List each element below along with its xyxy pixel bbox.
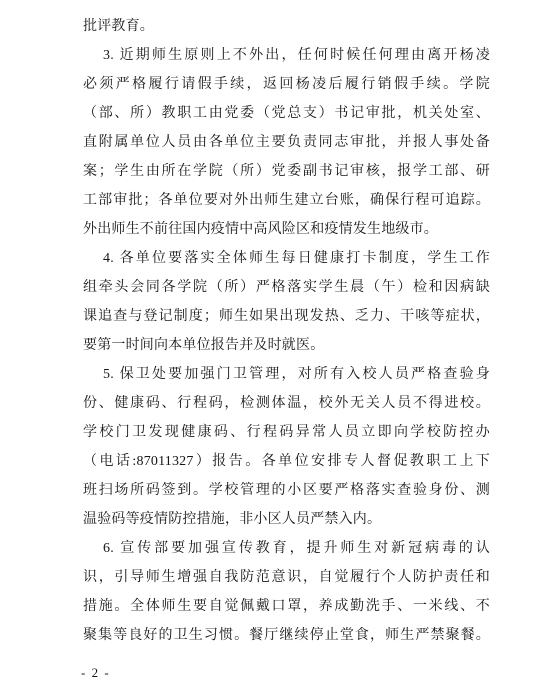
text-line: 份、健康码、行程码，检测体温，校外无关人员不得进校。: [83, 389, 490, 418]
text-line: 直附属单位人员由各单位主要负责同志审批，并报人事处备: [83, 128, 490, 157]
text-line: 案；学生由所在学院（所）党委副书记审核，报学工部、研: [83, 157, 490, 186]
text-line: 5. 保卫处要加强门卫管理，对所有入校人员严格查验身: [83, 360, 490, 389]
text-line: 必须严格履行请假手续，返回杨凌后履行销假手续。学院: [83, 70, 490, 99]
text-line: 学校门卫发现健康码、行程码异常人员立即向学校防控办: [83, 418, 490, 447]
text-line: 识，引导师生增强自我防范意识，自觉履行个人防护责任和: [83, 563, 490, 592]
text-line: 要第一时间向本单位报告并及时就医。: [83, 331, 490, 360]
text-line: 3. 近期师生原则上不外出，任何时候任何理由离开杨凌: [83, 41, 490, 70]
text-line: 温验码等疫情防控措施，非小区人员严禁入内。: [83, 505, 490, 534]
text-line: 4. 各单位要落实全体师生每日健康打卡制度，学生工作: [83, 244, 490, 273]
text-line: 聚集等良好的卫生习惯。餐厅继续停止堂食，师生严禁聚餐。: [83, 621, 490, 650]
text-line: 6. 宣传部要加强宣传教育，提升师生对新冠病毒的认: [83, 534, 490, 563]
text-line: 课追查与登记制度；师生如果出现发热、乏力、干咳等症状，: [83, 302, 490, 331]
document-page: 批评教育。 3. 近期师生原则上不外出，任何时候任何理由离开杨凌 必须严格履行请…: [0, 0, 551, 698]
page-number: - 2 -: [81, 663, 110, 683]
text-line: （电话:87011327）报告。各单位安排专人督促教职工上下: [83, 447, 490, 476]
text-line: （部、所）教职工由党委（党总支）书记审批，机关处室、: [83, 99, 490, 128]
text-line: 外出师生不前往国内疫情中高风险区和疫情发生地级市。: [83, 215, 490, 244]
text-line: 措施。全体师生要自觉佩戴口罩，养成勤洗手、一米线、不: [83, 592, 490, 621]
text-block: 批评教育。 3. 近期师生原则上不外出，任何时候任何理由离开杨凌 必须严格履行请…: [83, 12, 490, 650]
text-line: 工部审批；各单位要对外出师生建立台账，确保行程可追踪。: [83, 186, 490, 215]
text-line: 班扫场所码签到。学校管理的小区要严格落实查验身份、测: [83, 476, 490, 505]
text-line: 批评教育。: [83, 12, 490, 41]
text-line: 组牵头会同各学院（所）严格落实学生晨（午）检和因病缺: [83, 273, 490, 302]
